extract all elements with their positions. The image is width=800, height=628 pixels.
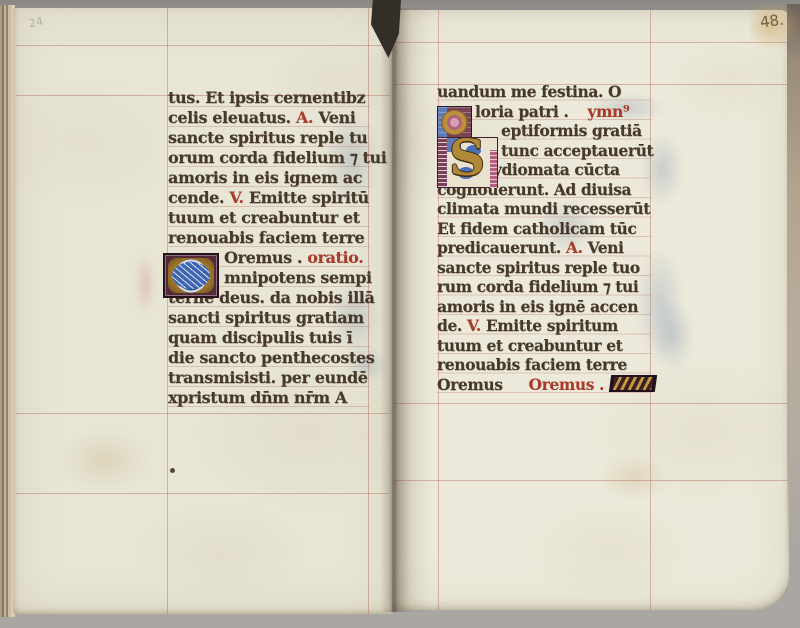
body-text: amoris in eis ignem ac xyxy=(168,168,362,187)
folio-number-area: 48. xyxy=(750,4,798,50)
manuscript-text-line: sancte spiritus reple tu xyxy=(168,128,370,148)
body-text: mnipotens sempi xyxy=(224,268,372,287)
body-text: Emitte spiritū xyxy=(249,188,369,207)
body-text: tunc acceptauerūt xyxy=(501,141,653,160)
manuscript-text-line: sancti spiritus gratiam xyxy=(168,308,370,328)
manuscript-text-line: predicauerunt. A. Veni xyxy=(437,238,651,258)
manuscript-text-line: de. V. Emitte spiritum xyxy=(437,316,651,336)
body-text: Et fidem catholicam tūc xyxy=(437,219,636,238)
folio-number: 48. xyxy=(759,11,785,32)
body-text: transmisisti. per eundē xyxy=(168,368,368,387)
body-text: tuum et creabuntur et xyxy=(168,208,360,227)
manuscript-text-line: rum corda fidelium ⁊ tui xyxy=(437,277,651,297)
body-text: die sancto penthecostes xyxy=(168,348,374,367)
rubric-text: A. xyxy=(566,238,588,257)
manuscript-text-line: amoris in eis ignē accen xyxy=(437,297,651,317)
manuscript-text-line: uandum me festina. O xyxy=(437,82,651,102)
line-filler-ornament xyxy=(609,375,657,392)
manuscript-text-line: renouabis faciem terre xyxy=(437,355,651,375)
manuscript-text-line: climata mundi recesserūt xyxy=(437,199,651,219)
ink-spot xyxy=(170,468,175,473)
body-text: uandum me festina. O xyxy=(437,82,621,101)
manuscript-text-line: tus. Et ipsis cernentibz xyxy=(168,88,370,108)
body-text: tuum et creabuntur et xyxy=(437,336,622,355)
manuscript-text-line: renouabis faciem terre xyxy=(168,228,370,248)
body-text: renouabis faciem terre xyxy=(168,228,364,247)
body-text: orum corda fidelium ⁊ tui xyxy=(168,148,386,167)
body-text: renouabis faciem terre xyxy=(437,355,627,374)
rubric-text: oratio. xyxy=(307,248,363,267)
body-text: eptiformis gratiā xyxy=(501,121,642,140)
body-text: Oremus xyxy=(437,375,503,394)
rubric-text: ymn⁹ xyxy=(587,102,629,121)
manuscript-text-line: sancte spiritus reple tuo xyxy=(437,258,651,278)
body-text: Oremus . xyxy=(224,248,307,267)
left-text-block: tus. Et ipsis cernentibzcelis eleuatus. … xyxy=(168,88,370,410)
body-text: sancte spiritus reple tuo xyxy=(437,258,640,277)
manuscript-text-line: tuum et creabuntur et xyxy=(437,336,651,356)
body-text: rum corda fidelium ⁊ tui xyxy=(437,277,638,296)
body-text: Emitte spiritum xyxy=(486,316,618,335)
body-text: celis eleuatus. xyxy=(168,108,296,127)
rubric-text: A. xyxy=(296,108,318,127)
body-text: xpristum dn̄m nr̄m A xyxy=(168,388,347,407)
manuscript-photo: tus. Et ipsis cernentibzcelis eleuatus. … xyxy=(0,0,800,628)
body-text: predicauerunt. xyxy=(437,238,566,257)
body-text: de. xyxy=(437,316,467,335)
rubric-text: Oremus . xyxy=(529,375,605,394)
manuscript-text-line: cende. V. Emitte spiritū xyxy=(168,188,370,208)
body-text: tus. Et ipsis cernentibz xyxy=(168,88,365,107)
manuscript-text-line: OremusOremus . xyxy=(437,375,651,395)
body-text: Veni xyxy=(318,108,355,127)
illuminated-initial-S: S xyxy=(437,137,498,188)
manuscript-text-line: die sancto penthecostes xyxy=(168,348,370,368)
rubric-text: V. xyxy=(229,188,249,207)
right-fore-edge xyxy=(787,4,800,584)
initial-letter-value: S xyxy=(449,130,485,186)
body-text: Veni xyxy=(588,238,624,257)
manuscript-text-line: xpristum dn̄m nr̄m A xyxy=(168,388,370,408)
manuscript-text-line: quam discipulis tuis ī xyxy=(168,328,370,348)
body-text: sancte spiritus reple tu xyxy=(168,128,367,147)
manuscript-text-line: Et fidem catholicam tūc xyxy=(437,219,651,239)
manuscript-text-line: tuum et creabuntur et xyxy=(168,208,370,228)
body-text: climata mundi recesserūt xyxy=(437,199,650,218)
manuscript-text-line: orum corda fidelium ⁊ tui xyxy=(168,148,370,168)
body-text: loria patri . xyxy=(475,102,573,121)
manuscript-text-line: celis eleuatus. A. Veni xyxy=(168,108,370,128)
rubric-text: V. xyxy=(467,316,486,335)
body-text: cende. xyxy=(168,188,229,207)
manuscript-text-line: transmisisti. per eundē xyxy=(168,368,370,388)
manuscript-text-line: amoris in eis ignem ac xyxy=(168,168,370,188)
body-text: amoris in eis ignē accen xyxy=(437,297,638,316)
frame-right-column xyxy=(490,150,497,188)
body-text: quam discipulis tuis ī xyxy=(168,328,352,347)
body-text: sancti spiritus gratiam xyxy=(168,308,364,327)
frame-left-column xyxy=(438,138,447,187)
illuminated-initial-O: O xyxy=(163,253,219,298)
